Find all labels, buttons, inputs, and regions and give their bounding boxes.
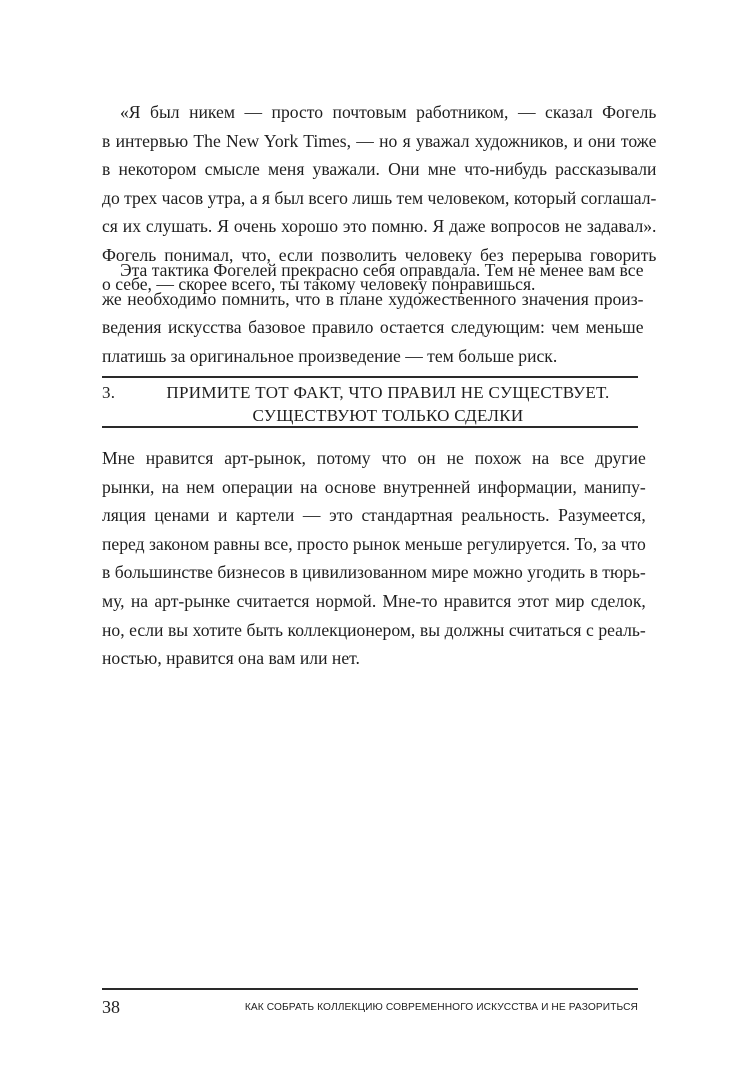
text-line: ся их слушать. Я очень хорошо это помню.… [102,212,656,241]
section-number: 3. [102,381,115,404]
heading-rule-top [102,376,638,378]
text-line: ностью, нравится она вам или нет. [102,644,646,673]
text-line: «Я был никем — просто почтовым работнико… [102,98,656,127]
footer-rule [102,988,638,990]
paragraph-tactic: Эта тактика Фогелей прекрасно себя оправ… [102,256,644,370]
section-heading: 3. ПРИМИТЕ ТОТ ФАКТ, ЧТО ПРАВИЛ НЕ СУЩЕС… [102,381,638,427]
section-title-line-1: ПРИМИТЕ ТОТ ФАКТ, ЧТО ПРАВИЛ НЕ СУЩЕСТВУ… [102,381,638,404]
text-line: платишь за оригинальное произведение — т… [102,342,644,371]
text-line: му, на арт-рынке считается нормой. Мне-т… [102,587,646,616]
text-line: Мне нравится арт-рынок, потому что он не… [102,444,646,473]
text-line: Эта тактика Фогелей прекрасно себя оправ… [102,256,644,285]
heading-rule-bottom [102,426,638,428]
text-line: же необходимо помнить, что в плане худож… [102,285,644,314]
text-line: до трех часов утра, а я был всего лишь т… [102,184,656,213]
text-line: рынки, на нем операции на основе внутрен… [102,473,646,502]
text-line: в некотором смысле меня уважали. Они мне… [102,155,656,184]
text-line: ляция ценами и картели — это стандартная… [102,501,646,530]
text-line: в большинстве бизнесов в цивилизованном … [102,558,646,587]
paragraph-art-market: Мне нравится арт-рынок, потому что он не… [102,444,646,673]
text-line: в интервью The New York Times, — но я ув… [102,127,656,156]
running-head-book-title: КАК СОБРАТЬ КОЛЛЕКЦИЮ СОВРЕМЕННОГО ИСКУС… [245,1002,638,1013]
text-line: ведения искусства базовое правило остает… [102,313,644,342]
text-line: перед законом равны все, просто рынок ме… [102,530,646,559]
page-number: 38 [102,997,120,1018]
text-line: но, если вы хотите быть коллекционером, … [102,616,646,645]
section-title-line-2: СУЩЕСТВУЮТ ТОЛЬКО СДЕЛКИ [102,404,638,427]
